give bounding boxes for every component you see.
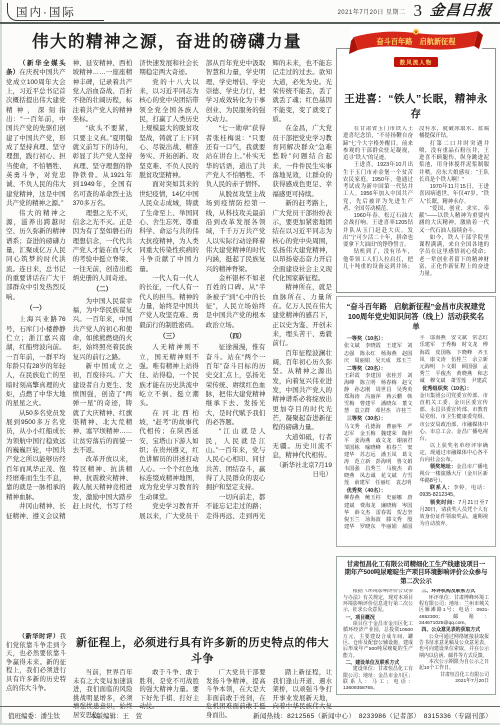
notice-body: 根据《环境影响评价公众参与办法》有关规定，现对本项目环境影响评价信息进行第二次公… — [343, 589, 489, 695]
masthead-logo: 金昌日报 — [429, 3, 492, 19]
news-hotline: 新闻热线：8212565（新闻中心） 8233986（记者部） 8315336（… — [253, 711, 492, 720]
paragraph: 精神所在，就是血脉所在、力量所在。亿万人民在伟大建党精神的感召下，正以史为鉴、开… — [272, 283, 332, 348]
second-article-headline: 新征程上，必须进行具有许多新的历史特点的伟大斗争 — [73, 634, 332, 666]
paragraph: 1960年春，松辽石油大会战打响。王进喜率1205钻井队从玉门赶赴大庆，发出“宁… — [343, 213, 413, 249]
paragraph: （新华时评）我们党依靠斗争走到今天，也必然要依靠斗争赢得未来。新的征程上，我们必… — [6, 633, 66, 693]
paragraph: 公众可通过网络链接获取报告书征求意见稿及公众意见表，也可向建设单位索取，并在公示… — [419, 635, 489, 660]
hero-headline: 王进喜：“铁人”长眠，精神永存 — [341, 91, 491, 121]
paragraph: 伟大的精神之源，滋养出跨越时空、历久弥新的精神谱系；奋进的磅礴力量，汇聚成亿万人… — [6, 209, 66, 302]
page-number: 3 — [414, 2, 423, 19]
paragraph: 1970年11月15日，王进喜因病逝世，年仅47岁。“铁人”长眠，精神永存。 — [419, 184, 489, 206]
paragraph: （二） — [73, 285, 133, 294]
paragraph: 金川集团公司党委宣传部、市直机关工委、金川区委宣传部、永昌县委宣传部、市教育局党… — [420, 393, 489, 443]
paragraph: 新中国成立之初，百废待兴。广大建设者自力更生、发愤图强，创造了“两弹一星”的奇迹… — [73, 362, 133, 455]
footer-rule — [0, 706, 500, 707]
duty-editor: 值班编委：潘生钛 — [8, 711, 60, 720]
paragraph: 本次公示期限为自公示之日起10个工作日。 — [419, 660, 489, 673]
paragraph: 为中国人民谋幸福，为中华民族谋复兴。一百年来，中国共产党人的初心和使命，如熊熊燃… — [73, 297, 133, 362]
bold-run: 优秀组织奖（10名）： — [422, 386, 472, 392]
paragraph: （三） — [139, 332, 199, 341]
paragraph: 金杯银杯不如老百姓的口碑。从“半条被子”到“心中的长征”，人民立场始终是中国共产… — [206, 274, 266, 330]
paragraph: （一） — [6, 304, 66, 313]
paragraph: 上海兴业路76号，石库门小楼静静伫立；浙江嘉兴南湖，红船劈波向前。一百年前，一群… — [6, 315, 66, 408]
party-banner-flag-icon: ★ 奋斗百年路 启航新征程 数风流人物 — [348, 27, 484, 73]
paragraph: 领奖地址：金昌市广播电视台一楼演播大厅（金川区新华路8号）。 — [420, 464, 489, 485]
bold-run: 一等奖（10名）： — [347, 336, 386, 342]
paragraph: 理想之光不灭，信念之光不灭。正是因为有了坚如磐石的理想信念，一代代共产党人才能在… — [73, 209, 133, 284]
paragraph: “爱国、创业、求实、奉献”——以铁人精神为重要内涵的大庆精神，激励着一代又一代石… — [419, 206, 489, 235]
paragraph: 新的赶考路上，广大党员干部纷纷表示，要更加紧密地团结在以习近平同志为核心的党中央… — [272, 199, 332, 283]
bold-run: 优秀奖（40名）： — [347, 488, 386, 494]
bold-run: 三、环评机构及联系方式 — [421, 589, 475, 594]
paragraph: 项目位于金昌市金川区化工循环经济产业园，总投资10500万元，主要建设合成车间、… — [343, 622, 413, 660]
paragraph: 在金昌，广大党员干部把党史学习教育同解决群众“急难愁盼”问题结合起来，一件件民生… — [272, 124, 332, 199]
paragraph: 四、公众意见表的获取方式 — [419, 628, 489, 634]
paragraph: 二等奖（20名）： — [344, 366, 413, 373]
paragraph: 建设单位：甘肃恒昌化工有限公司；地址：金昌市金川区；联系人：马工；电话：1360… — [343, 667, 413, 692]
paragraph: 王进喜，1923年10月出生于玉门市赤金堡一个贫苦农民家庭。1950年，他通过考… — [343, 162, 413, 213]
hero-article-body: 在甘肃省玉门市铁人王进喜纪念馆，“不待扬鞭自奋蹄”七个大字格外醒目。前来参观的干… — [343, 126, 489, 302]
paragraph: 王彩霞 李建国 张桂芳 刘海峰 陈立明 杨春梅 赵文静 孙志刚 周世昌 吴秀英 … — [344, 373, 413, 416]
paragraph: 环评单位：甘肃博峰环境工程有限公司；地址：兰州市城关区雁滩路1号；电话：0931… — [419, 596, 489, 628]
section-label: 国内·国际 — [8, 4, 76, 20]
notice-box: 甘肃恒昌化工有限公司精细化工生产线建设项目一期年产500吨尿嘧啶生产项目环境影响… — [336, 556, 496, 695]
second-article: （新华时评）我们党依靠斗争走到今天，也必然要依靠斗争赢得未来。新的征程上，我们必… — [6, 633, 332, 704]
page-editor: 本版编辑：王 萱 — [90, 711, 142, 720]
section-tab: 国内·国际 — [7, 3, 104, 21]
main-article-body: （新华全媒头条）在庆祝中国共产党成立100周年大会上，习近平总书记首次概括提出伟… — [6, 59, 332, 630]
paragraph: 领奖时间：7月21日至7月30日，请获奖人员凭个人有效身份证件领取奖品，逾期视为… — [420, 500, 489, 528]
awards-title: “奋斗百年路 启航新征程”金昌市庆祝建党100周年党史知识问答（线上）活动获奖名… — [345, 302, 487, 331]
bold-run: 一、项目概况 — [345, 616, 374, 621]
paragraph: 一代人有一代人的长征，一代人有一代人的担当。精神的力量，始终是中国共产党人攻坚克… — [139, 274, 199, 330]
paragraph: 三等奖（30名）： — [344, 416, 413, 423]
paragraph: “七一勋章”获得者张桂梅说：“只要还有一口气，我就要站在讲台上。”朴实无华的话语… — [206, 124, 266, 189]
paragraph: 打第二口井时突遇井喷，没有重晶石粉压井，王进喜不顾腿伤，纵身跳进泥浆池，用身体搅… — [419, 141, 489, 185]
awards-box: “奋斗百年路 启航新征程”金昌市庆祝建党100周年党史知识问答（线上）活动获奖名… — [336, 296, 496, 547]
bold-run: （新华时评） — [19, 633, 60, 640]
second-article-lead: （新华时评）我们党依靠斗争走到今天，也必然要依靠斗争赢得未来。新的征程上，我们必… — [6, 633, 66, 704]
bold-run: 联系人： — [430, 485, 454, 491]
footer-editors: 值班编委：潘生钛 本版编辑：王 萱 — [8, 711, 142, 720]
header-rule — [0, 22, 500, 24]
awards-list: 一等奖（10名）：张文斌 李晓霞 王建军 刘志强 陈永红 杨海燕 赵国庆 周丽娟… — [344, 335, 488, 543]
paragraph: 征途漫漫，惟有奋斗。站在“两个一百年”奋斗目标的历史交汇点上，弘扬光荣传统、赓续… — [206, 343, 266, 427]
paragraph: 如今，铁人干部学院里课程满满，来自全国各地的学员在这里感悟初心使命；老一辈创业者… — [419, 235, 489, 279]
main-headline: 伟大的精神之源，奋进的磅礴力量 — [0, 28, 334, 52]
bold-run: 二等奖（20名）： — [347, 366, 386, 372]
date-text: 2021年7月20日 星期二 — [337, 7, 405, 19]
paragraph: 面对突如其来的世纪疫情，14亿中国人民众志成城，铸就了生命至上、举国同心、舍生忘… — [139, 180, 199, 273]
bold-run: 领奖时间： — [430, 500, 458, 506]
paragraph: 2021年7月20日 — [419, 679, 489, 685]
paragraph: 人无精神则不立，国无精神则不强。唯有精神上站得住、站得稳，一个民族才能在历史洪流… — [139, 343, 199, 408]
paragraph: 从脱贫攻坚主战场到疫情防控第一线，从科技攻关最前沿到改革发展各领域，千千万万共产… — [206, 190, 266, 274]
bold-run: （新华全媒头条） — [6, 60, 66, 76]
paragraph: “江山就是人民，人民就是江山。”一百年来，党与人民心心相印、同甘共苦、团结奋斗，… — [206, 427, 266, 492]
paragraph: 联系人：李婷，电话：0935-8212345。 — [420, 485, 489, 499]
star-icon: ★ — [414, 30, 418, 35]
paragraph: “砍头不要紧，只要主义真。”夏明翰就义前写下的诗句，彰显了共产党人坚持真理、坚守… — [73, 124, 133, 208]
hero-article-box: 王进喜：“铁人”长眠，精神永存 在甘肃省玉门市铁人王进喜纪念馆，“不待扬鞭自奋蹄… — [336, 48, 496, 293]
bold-run: 领奖地址： — [430, 464, 456, 470]
paragraph: 以上获奖名单经评审确定，现通过市融媒体中心各平台向社会公布。 — [420, 443, 489, 464]
bold-run: 三等奖（30名）： — [347, 416, 386, 422]
paragraph: 在甘肃省玉门市铁人王进喜纪念馆，“不待扬鞭自奋蹄”七个大字格外醒目。前来参观的干… — [343, 126, 413, 162]
banner-column-label: 数风流人物 — [400, 59, 433, 67]
paragraph: 马文秀 孔德海 曹丽华 严志军 金玉梅 魏建荣 陶世平 姜海燕 戚文龙 谢丽君 … — [344, 424, 413, 488]
paragraph: 张文斌 李晓霞 王建军 刘志强 陈永红 杨海燕 赵国庆 周丽娟 吴天成 郑玉兰 — [344, 343, 413, 364]
bold-run: 四、公众意见表的获取方式 — [421, 628, 480, 633]
banner-slogan: 奋斗百年路 启航新征程 — [376, 37, 456, 46]
second-article-main: 新征程上，必须进行具有许多新的历史特点的伟大斗争 当前，世界百年未有之大变局加速… — [73, 633, 332, 704]
paragraph: 党的十八大以来，以习近平同志为核心的党中央团结带领全党全国各族人民，打赢了人类历… — [139, 78, 199, 181]
paragraph: （四） — [206, 332, 266, 341]
newspaper-page: 国内·国际 2021年7月20日 星期二 3 金昌日报 伟大的精神之源，奋进的磅… — [0, 0, 500, 725]
paragraph: 百年征程波澜壮阔，百年初心历久弥坚。从精神之源出发，向着复兴伟业进发，中国共产党… — [272, 349, 332, 433]
paragraph: 大道如砥，行者无疆。历史川流不息，精神代代相传。 — [272, 433, 332, 461]
notice-title: 甘肃恒昌化工有限公司精细化工生产线建设项目一期年产500吨尿嘧啶生产项目环境影响… — [344, 561, 488, 586]
paragraph: （新华社北京7月19日电） — [272, 461, 332, 480]
bold-run: 二、建设单位及联系方式 — [345, 661, 399, 666]
paragraph: 根据《环境影响评价公众参与办法》有关规定，现对本项目环境影响评价信息进行第二次公… — [343, 589, 413, 614]
paragraph: （新华全媒头条）在庆祝中国共产党成立100周年大会上，习近平总书记首次概括提出伟… — [6, 59, 66, 209]
paragraph: 从50多名党员发展到9500多万名党员，从小小红船成长为领航中国行稳致远的巍巍巨… — [6, 409, 66, 502]
paragraph: 在河北西柏坡，“赶考”的故事代代相传；在陕西延安，宝塔山下游人如织；在贵州遵义，… — [139, 409, 199, 502]
header-meta: 2021年7月20日 星期二 3 金昌日报 — [337, 2, 492, 19]
